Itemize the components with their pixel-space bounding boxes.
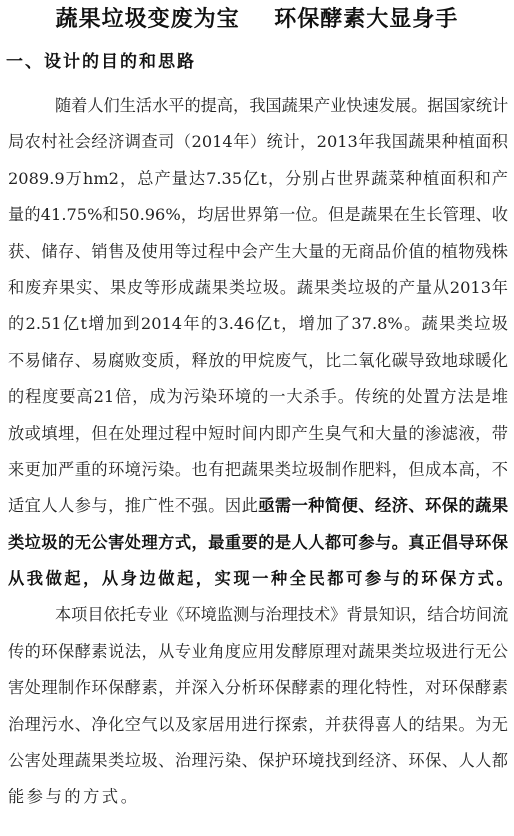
document-page: 蔬果垃圾变废为宝 环保酵素大显身手 一、设计的目的和思路 随着人们生活水平的提高…	[0, 0, 514, 836]
text-line-bold: 从我做起，从身边做起，实现一种全民都可参与的环保方式。	[8, 561, 508, 597]
text-line: 本项目依托专业《环境监测与治理技术》背景知识，结合坊间流	[8, 597, 508, 633]
text-line: 放或填埋，但在处理过程中短时间内即产生臭气和大量的渗滤液，带	[8, 416, 508, 452]
text-line: 的程度要高21倍，成为污染环境的一大杀手。传统的处置方法是堆	[8, 379, 508, 415]
text-line: 公害处理蔬果类垃圾、治理污染、保护环境找到经济、环保、人人都	[8, 743, 508, 779]
text-line: 传的环保酵素说法，从专业角度应用发酵原理对蔬果类垃圾进行无公	[8, 634, 508, 670]
paragraph-2: 本项目依托专业《环境监测与治理技术》背景知识，结合坊间流 传的环保酵素说法，从专…	[8, 597, 508, 815]
text-line: 和废弃果实、果皮等形成蔬果类垃圾。蔬果类垃圾的产量从2013年	[8, 270, 508, 306]
text-line: 量的41.75%和50.96%，均居世界第一位。但是蔬果在生长管理、收	[8, 197, 508, 233]
text-line: 的2.51亿t增加到2014年的3.46亿t，增加了37.8%。蔬果类垃圾	[8, 306, 508, 342]
document-body: 随着人们生活水平的提高，我国蔬果产业快速发展。据国家统计 局农村社会经济调查司（…	[8, 88, 508, 816]
text-line: 2089.9万hm2，总产量达7.35亿t，分别占世界蔬菜种植面积和产	[8, 161, 508, 197]
text-line: 获、储存、销售及使用等过程中会产生大量的无商品价值的植物残株	[8, 234, 508, 270]
text-line: 局农村社会经济调查司（2014年）统计，2013年我国蔬果种植面积	[8, 124, 508, 160]
text-normal: 适宜人人参与，推广性不强。因此	[8, 496, 258, 515]
text-line: 随着人们生活水平的提高，我国蔬果产业快速发展。据国家统计	[8, 88, 508, 124]
text-line-mixed: 适宜人人参与，推广性不强。因此亟需一种简便、经济、环保的蔬果	[8, 488, 508, 524]
text-line: 能参与的方式。	[8, 779, 508, 815]
text-bold-emphasis: 类垃圾的无公害处理方式，最重要的是人人都可参与。真正倡导环保	[8, 533, 508, 552]
text-bold-emphasis: 亟需一种简便、经济、环保的蔬果	[258, 496, 508, 515]
text-line-bold: 类垃圾的无公害处理方式，最重要的是人人都可参与。真正倡导环保	[8, 525, 508, 561]
text-line: 害处理制作环保酵素，并深入分析环保酵素的理化特性，对环保酵素	[8, 670, 508, 706]
section-heading: 一、设计的目的和思路	[6, 49, 196, 75]
paragraph-1: 随着人们生活水平的提高，我国蔬果产业快速发展。据国家统计 局农村社会经济调查司（…	[8, 88, 508, 597]
text-line: 治理污水、净化空气以及家居用进行探索，并获得喜人的结果。为无	[8, 707, 508, 743]
text-bold-emphasis: 从我做起，从身边做起，实现一种全民都可参与的环保方式。	[8, 569, 514, 588]
document-title: 蔬果垃圾变废为宝 环保酵素大显身手	[0, 4, 514, 34]
text-line: 不易储存、易腐败变质，释放的甲烷废气，比二氧化碳导致地球暖化	[8, 343, 508, 379]
text-line: 来更加严重的环境污染。也有把蔬果类垃圾制作肥料，但成本高，不	[8, 452, 508, 488]
